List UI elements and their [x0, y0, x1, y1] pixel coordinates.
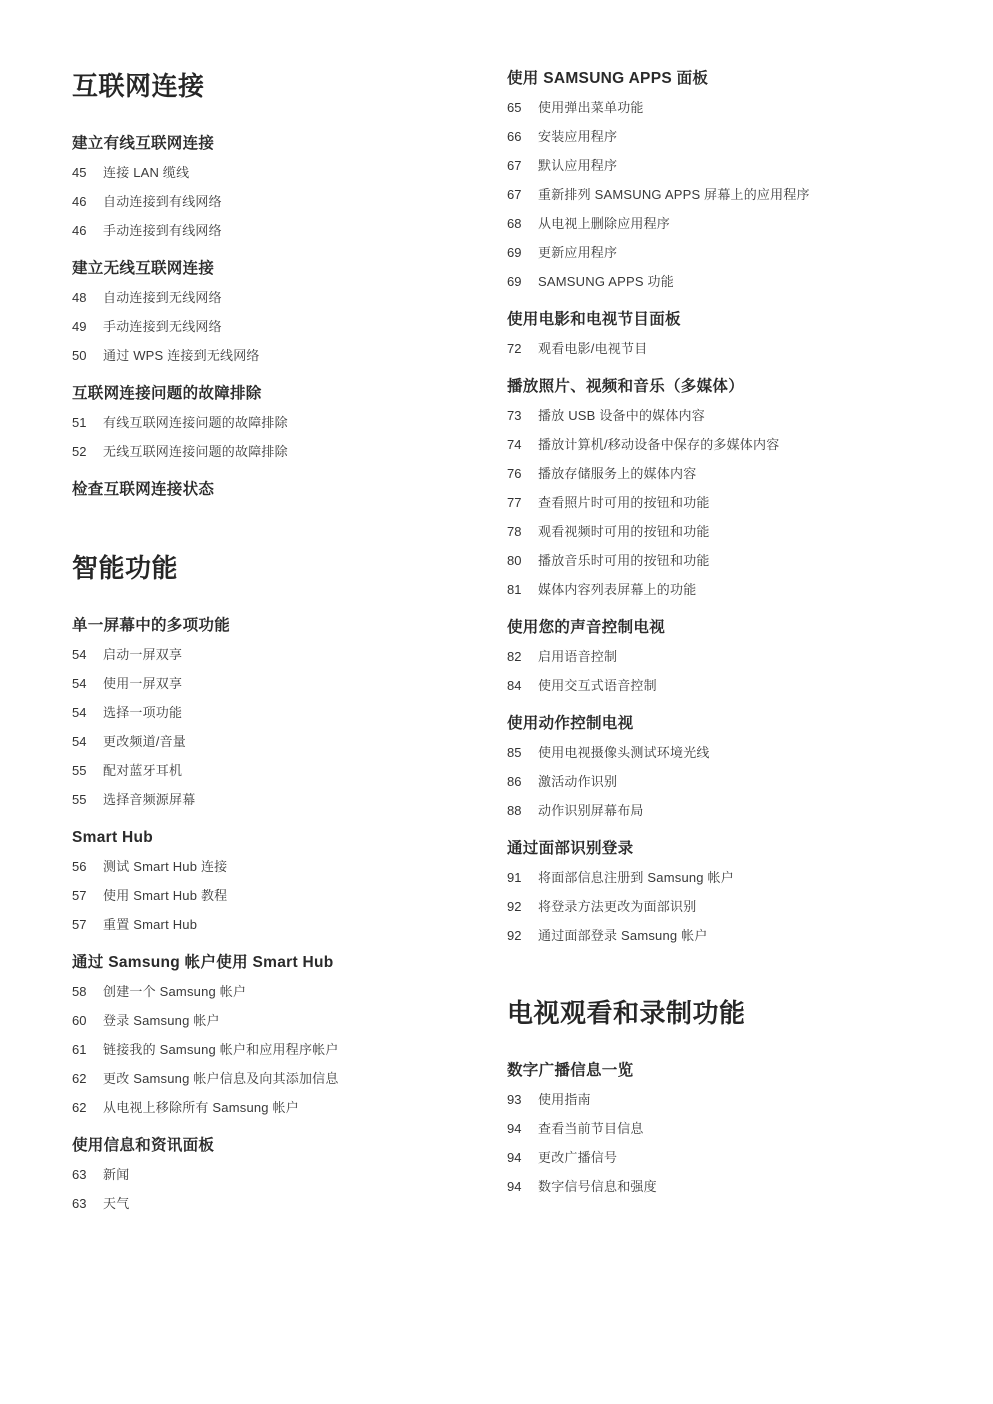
toc-entry-page-number: 61 [72, 1042, 103, 1058]
toc-entry[interactable]: 74 播放计算机/移动设备中保存的多媒体内容 [507, 437, 967, 453]
toc-entry-label: 播放 USB 设备中的媒体内容 [538, 408, 967, 424]
toc-entry-page-number: 69 [507, 245, 538, 261]
toc-entry[interactable]: 80 播放音乐时可用的按钮和功能 [507, 553, 967, 569]
toc-entry-label: 动作识别屏幕布局 [538, 803, 967, 819]
toc-entry[interactable]: 48 自动连接到无线网络 [72, 290, 494, 306]
toc-entry-label: 播放计算机/移动设备中保存的多媒体内容 [538, 437, 967, 453]
toc-entry-label: 启用语音控制 [538, 649, 967, 665]
toc-entry[interactable]: 86 激活动作识别 [507, 774, 967, 790]
toc-entry-label: 使用一屏双享 [103, 676, 494, 692]
toc-entry-label: 配对蓝牙耳机 [103, 763, 494, 779]
toc-entry-label: 重新排列 SAMSUNG APPS 屏幕上的应用程序 [538, 187, 967, 203]
toc-entry-page-number: 73 [507, 408, 538, 424]
toc-entry[interactable]: 46 手动连接到有线网络 [72, 223, 494, 239]
toc-entry[interactable]: 62 更改 Samsung 帐户信息及向其添加信息 [72, 1071, 494, 1087]
toc-entry-page-number: 67 [507, 187, 538, 203]
toc-entry-label: 从电视上删除应用程序 [538, 216, 967, 232]
toc-entry-page-number: 49 [72, 319, 103, 335]
toc-entry-page-number: 50 [72, 348, 103, 364]
toc-entry-label: 使用指南 [538, 1092, 967, 1108]
toc-entry-page-number: 63 [72, 1196, 103, 1212]
toc-entry-label: 重置 Smart Hub [103, 917, 494, 933]
toc-entry-page-number: 54 [72, 676, 103, 692]
toc-entry[interactable]: 60 登录 Samsung 帐户 [72, 1013, 494, 1029]
toc-entry-page-number: 74 [507, 437, 538, 453]
toc-entry[interactable]: 54 启动一屏双享 [72, 647, 494, 663]
toc-entry-page-number: 92 [507, 899, 538, 915]
section-title: Smart Hub [72, 829, 494, 847]
toc-entry-label: 手动连接到有线网络 [103, 223, 494, 239]
toc-entry-label: 默认应用程序 [538, 158, 967, 174]
toc-column-left: 互联网连接建立有线互联网连接 45 连接 LAN 缆线 46 自动连接到有线网络… [72, 72, 494, 1212]
toc-entry-page-number: 84 [507, 678, 538, 694]
section-title: 使用动作控制电视 [507, 715, 967, 733]
toc-entry-label: 查看照片时可用的按钮和功能 [538, 495, 967, 511]
toc-entry-page-number: 94 [507, 1179, 538, 1195]
toc-entry-page-number: 67 [507, 158, 538, 174]
toc-entry[interactable]: 57 使用 Smart Hub 教程 [72, 888, 494, 904]
toc-entry[interactable]: 68 从电视上删除应用程序 [507, 216, 967, 232]
toc-entry[interactable]: 81 媒体内容列表屏幕上的功能 [507, 582, 967, 598]
toc-entry-page-number: 62 [72, 1100, 103, 1116]
toc-entry[interactable]: 73 播放 USB 设备中的媒体内容 [507, 408, 967, 424]
toc-entry-page-number: 92 [507, 928, 538, 944]
toc-entry-page-number: 60 [72, 1013, 103, 1029]
toc-entry-page-number: 51 [72, 415, 103, 431]
toc-entry-label: 登录 Samsung 帐户 [103, 1013, 494, 1029]
toc-entry-label: 将面部信息注册到 Samsung 帐户 [538, 870, 967, 886]
toc-entry-label: 使用交互式语音控制 [538, 678, 967, 694]
toc-entry-label: 更改 Samsung 帐户信息及向其添加信息 [103, 1071, 494, 1087]
toc-entry-label: 使用弹出菜单功能 [538, 100, 967, 116]
toc-entry-page-number: 52 [72, 444, 103, 460]
toc-entry-page-number: 46 [72, 194, 103, 210]
toc-entry-label: 无线互联网连接问题的故障排除 [103, 444, 494, 460]
toc-entry-page-number: 94 [507, 1121, 538, 1137]
toc-entry-label: 查看当前节目信息 [538, 1121, 967, 1137]
toc-entry-label: 通过面部登录 Samsung 帐户 [538, 928, 967, 944]
toc-entry[interactable]: 76 播放存储服务上的媒体内容 [507, 466, 967, 482]
toc-entry[interactable]: 91 将面部信息注册到 Samsung 帐户 [507, 870, 967, 886]
toc-entry-label: 安装应用程序 [538, 129, 967, 145]
toc-entry-page-number: 80 [507, 553, 538, 569]
section-title: 使用 SAMSUNG APPS 面板 [507, 70, 967, 88]
toc-entry[interactable]: 61 链接我的 Samsung 帐户和应用程序帐户 [72, 1042, 494, 1058]
toc-entry[interactable]: 92 通过面部登录 Samsung 帐户 [507, 928, 967, 944]
toc-entry[interactable]: 55 配对蓝牙耳机 [72, 763, 494, 779]
toc-entry-page-number: 58 [72, 984, 103, 1000]
toc-entry[interactable]: 94 查看当前节目信息 [507, 1121, 967, 1137]
toc-entry-label: 创建一个 Samsung 帐户 [103, 984, 494, 1000]
toc-entry-label: 激活动作识别 [538, 774, 967, 790]
toc-entry-label: 播放存储服务上的媒体内容 [538, 466, 967, 482]
chapter-title: 智能功能 [72, 554, 494, 582]
section-title: 使用电影和电视节目面板 [507, 311, 967, 329]
toc-entry-page-number: 56 [72, 859, 103, 875]
toc-entry-page-number: 82 [507, 649, 538, 665]
toc-entry-label: 连接 LAN 缆线 [103, 165, 494, 181]
section-title: 数字广播信息一览 [507, 1062, 967, 1080]
toc-entry-label: 媒体内容列表屏幕上的功能 [538, 582, 967, 598]
toc-entry-label: 链接我的 Samsung 帐户和应用程序帐户 [103, 1042, 494, 1058]
toc-entry[interactable]: 56 测试 Smart Hub 连接 [72, 859, 494, 875]
toc-entry[interactable]: 66 安装应用程序 [507, 129, 967, 145]
toc-entry-page-number: 78 [507, 524, 538, 540]
toc-entry-page-number: 91 [507, 870, 538, 886]
toc-entry[interactable]: 92 将登录方法更改为面部识别 [507, 899, 967, 915]
toc-entry-label: SAMSUNG APPS 功能 [538, 274, 967, 290]
toc-entry[interactable]: 54 更改频道/音量 [72, 734, 494, 750]
section-title: 使用您的声音控制电视 [507, 619, 967, 637]
toc-entry-label: 将登录方法更改为面部识别 [538, 899, 967, 915]
section-title: 通过面部识别登录 [507, 840, 967, 858]
toc-entry-label: 使用电视摄像头测试环境光线 [538, 745, 967, 761]
toc-entry-label: 自动连接到有线网络 [103, 194, 494, 210]
toc-entry-page-number: 45 [72, 165, 103, 181]
toc-entry-page-number: 57 [72, 888, 103, 904]
toc-entry[interactable]: 63 天气 [72, 1196, 494, 1212]
toc-entry-page-number: 68 [507, 216, 538, 232]
toc-entry-label: 更改频道/音量 [103, 734, 494, 750]
toc-entry-page-number: 65 [507, 100, 538, 116]
section-title: 检查互联网连接状态 [72, 481, 494, 499]
toc-entry-page-number: 54 [72, 647, 103, 663]
section-title: 单一屏幕中的多项功能 [72, 617, 494, 635]
toc-entry[interactable]: 46 自动连接到有线网络 [72, 194, 494, 210]
toc-entry-label: 启动一屏双享 [103, 647, 494, 663]
toc-entry-label: 使用 Smart Hub 教程 [103, 888, 494, 904]
toc-entry-page-number: 63 [72, 1167, 103, 1183]
toc-entry-page-number: 94 [507, 1150, 538, 1166]
toc-entry-page-number: 54 [72, 705, 103, 721]
toc-entry-page-number: 85 [507, 745, 538, 761]
toc-entry-label: 播放音乐时可用的按钮和功能 [538, 553, 967, 569]
toc-entry-page-number: 46 [72, 223, 103, 239]
toc-entry[interactable]: 93 使用指南 [507, 1092, 967, 1108]
toc-entry-label: 数字信号信息和强度 [538, 1179, 967, 1195]
toc-entry-label: 从电视上移除所有 Samsung 帐户 [103, 1100, 494, 1116]
chapter-title: 互联网连接 [72, 72, 494, 100]
toc-entry-page-number: 77 [507, 495, 538, 511]
section-title: 互联网连接问题的故障排除 [72, 385, 494, 403]
toc-entry[interactable]: 57 重置 Smart Hub [72, 917, 494, 933]
toc-entry-page-number: 72 [507, 341, 538, 357]
toc-entry-page-number: 69 [507, 274, 538, 290]
toc-entry-page-number: 88 [507, 803, 538, 819]
toc-entry-page-number: 54 [72, 734, 103, 750]
toc-entry[interactable]: 67 重新排列 SAMSUNG APPS 屏幕上的应用程序 [507, 187, 967, 203]
toc-entry[interactable]: 54 使用一屏双享 [72, 676, 494, 692]
toc-entry[interactable]: 78 观看视频时可用的按钮和功能 [507, 524, 967, 540]
section-title: 使用信息和资讯面板 [72, 1137, 494, 1155]
toc-entry-page-number: 93 [507, 1092, 538, 1108]
toc-entry-label: 自动连接到无线网络 [103, 290, 494, 306]
toc-entry[interactable]: 45 连接 LAN 缆线 [72, 165, 494, 181]
toc-entry-page-number: 86 [507, 774, 538, 790]
toc-entry-page-number: 48 [72, 290, 103, 306]
toc-entry[interactable]: 85 使用电视摄像头测试环境光线 [507, 745, 967, 761]
toc-entry[interactable]: 88 动作识别屏幕布局 [507, 803, 967, 819]
toc-entry-page-number: 55 [72, 792, 103, 808]
toc-entry-label: 选择音频源屏幕 [103, 792, 494, 808]
toc-entry-label: 有线互联网连接问题的故障排除 [103, 415, 494, 431]
toc-column-right: 使用 SAMSUNG APPS 面板 65 使用弹出菜单功能 66 安装应用程序… [507, 70, 967, 1195]
toc-entry[interactable]: 51 有线互联网连接问题的故障排除 [72, 415, 494, 431]
section-title: 播放照片、视频和音乐（多媒体） [507, 378, 967, 396]
toc-entry[interactable]: 69 更新应用程序 [507, 245, 967, 261]
toc-entry-label: 观看视频时可用的按钮和功能 [538, 524, 967, 540]
toc-entry[interactable]: 82 启用语音控制 [507, 649, 967, 665]
toc-entry[interactable]: 72 观看电影/电视节目 [507, 341, 967, 357]
toc-entry[interactable]: 94 数字信号信息和强度 [507, 1179, 967, 1195]
toc-entry[interactable]: 77 查看照片时可用的按钮和功能 [507, 495, 967, 511]
toc-entry[interactable]: 67 默认应用程序 [507, 158, 967, 174]
chapter-title: 电视观看和录制功能 [507, 999, 967, 1027]
toc-entry-label: 通过 WPS 连接到无线网络 [103, 348, 494, 364]
toc-entry-label: 更新应用程序 [538, 245, 967, 261]
toc-entry[interactable]: 52 无线互联网连接问题的故障排除 [72, 444, 494, 460]
toc-entry-label: 选择一项功能 [103, 705, 494, 721]
toc-entry-label: 天气 [103, 1196, 494, 1212]
toc-entry-label: 更改广播信号 [538, 1150, 967, 1166]
toc-entry[interactable]: 58 创建一个 Samsung 帐户 [72, 984, 494, 1000]
toc-entry-label: 观看电影/电视节目 [538, 341, 967, 357]
toc-entry-page-number: 66 [507, 129, 538, 145]
section-title: 建立无线互联网连接 [72, 260, 494, 278]
manual-toc-page: 互联网连接建立有线互联网连接 45 连接 LAN 缆线 46 自动连接到有线网络… [0, 0, 993, 1404]
toc-entry[interactable]: 63 新闻 [72, 1167, 494, 1183]
toc-entry-page-number: 57 [72, 917, 103, 933]
toc-entry-label: 测试 Smart Hub 连接 [103, 859, 494, 875]
toc-entry[interactable]: 49 手动连接到无线网络 [72, 319, 494, 335]
toc-entry[interactable]: 62 从电视上移除所有 Samsung 帐户 [72, 1100, 494, 1116]
toc-entry[interactable]: 84 使用交互式语音控制 [507, 678, 967, 694]
toc-entry-label: 手动连接到无线网络 [103, 319, 494, 335]
toc-entry[interactable]: 94 更改广播信号 [507, 1150, 967, 1166]
toc-entry[interactable]: 69 SAMSUNG APPS 功能 [507, 274, 967, 290]
toc-entry[interactable]: 55 选择音频源屏幕 [72, 792, 494, 808]
toc-entry-page-number: 81 [507, 582, 538, 598]
toc-entry[interactable]: 50 通过 WPS 连接到无线网络 [72, 348, 494, 364]
toc-entry-page-number: 76 [507, 466, 538, 482]
toc-entry[interactable]: 65 使用弹出菜单功能 [507, 100, 967, 116]
toc-entry[interactable]: 54 选择一项功能 [72, 705, 494, 721]
section-title: 建立有线互联网连接 [72, 135, 494, 153]
toc-entry-page-number: 62 [72, 1071, 103, 1087]
section-title: 通过 Samsung 帐户使用 Smart Hub [72, 954, 494, 972]
toc-entry-page-number: 55 [72, 763, 103, 779]
toc-entry-label: 新闻 [103, 1167, 494, 1183]
